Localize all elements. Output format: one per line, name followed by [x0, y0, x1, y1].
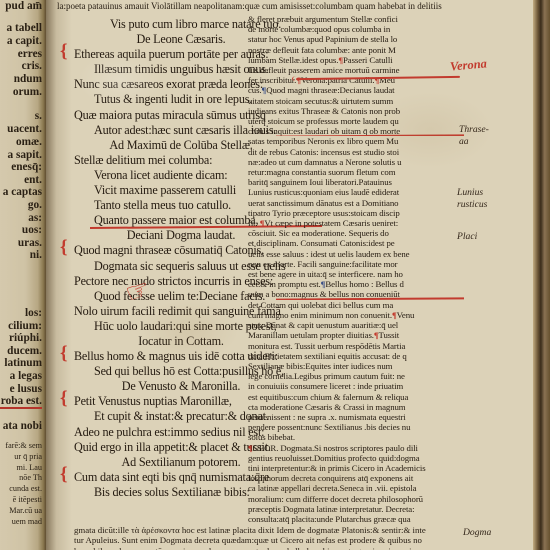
- commentary-line: tipatro Tyrio præceptore usus:stoicam di…: [248, 208, 464, 218]
- margin-note: Thrase-: [459, 125, 489, 135]
- commentary-line: uterq̄ stoicum se professus morte laudem…: [248, 116, 464, 126]
- commentary-line: uum a bono:magnus & bellus non conueniūt: [248, 289, 464, 299]
- blue-paragraph-mark: ¶: [262, 85, 267, 95]
- commentary-line: peruenissent : ne supra .x. numismata eq…: [248, 412, 464, 422]
- red-brace-mark: {: [60, 467, 67, 482]
- margin-note: Dogma: [463, 528, 491, 538]
- commentary-line: lus defleuit passerem amice mortuū carmi…: [248, 65, 464, 75]
- commentary-line: stus: Dānat & capit uenustum auaritiæ:q̄…: [248, 320, 464, 330]
- gutter-text-fragment: orum.: [0, 86, 42, 98]
- commentary-line: cet:& in promptu est.¶Bellus homo : Bell…: [248, 279, 464, 289]
- gutter-text-fragment: uacent.: [0, 123, 42, 135]
- commentary-line: Sextilianæ bibis:Equites inter iudices n…: [248, 361, 464, 371]
- commentary-line: uitatem stoicam secutus:& uirtutem summ: [248, 96, 464, 106]
- commentary-column: & fleret præbuit argumentum Stellæ confi…: [248, 14, 464, 524]
- red-paragraph-mark: ¶: [374, 330, 379, 340]
- red-brace-mark: {: [60, 240, 67, 255]
- gutter-text-fragment: ni.: [0, 249, 42, 261]
- gutter-text-fragment: as:: [0, 212, 42, 224]
- commentary-line: retur:magna constantia suorum fletum com: [248, 167, 464, 177]
- red-paragraph-mark: ¶: [338, 55, 343, 65]
- commentary-bottom-line: gmata dicūt:ille τὰ ἀρέσκοντα hoc est la…: [74, 525, 484, 535]
- commentary-line: statur hoc Venus apud Papinium de stella…: [248, 34, 464, 44]
- gutter-text-fragment: ndum: [0, 73, 42, 85]
- gutter-text-fragment: los:: [0, 307, 42, 319]
- gutter-text-fragment: a tabell: [0, 22, 42, 34]
- gutter-text-fragment: uem mad: [0, 516, 42, 528]
- gutter-text-fragment: erres: [0, 48, 42, 60]
- commentary-line: uerat sanctissimum dānatus est a Domitia…: [248, 198, 464, 208]
- commentary-line: Maranillam uetulam propter diuitias.¶Tus…: [248, 330, 464, 340]
- gutter-text-fragment: latinum: [0, 357, 42, 369]
- gutter-text-fragment: e lusus: [0, 383, 42, 395]
- gutter-text-fragment: cris.: [0, 60, 42, 72]
- book-scan: pud am̄a tabella capit.errescris.ndumoru…: [0, 0, 550, 550]
- red-paragraph-mark: ¶: [260, 218, 265, 228]
- red-paragraph-mark: ¶: [248, 443, 253, 453]
- commentary-line: dit de rebus Catonis: incensus est studi…: [248, 147, 464, 157]
- commentary-line: solus bibebat.: [248, 432, 464, 442]
- commentary-line: tini interpretentur:& in primis Cicero i…: [248, 463, 464, 473]
- red-paragraph-mark: ¶: [392, 310, 397, 320]
- commentary-line: gentius reuoluisset.Domitius profecto qu…: [248, 453, 464, 463]
- gutter-text-fragment: ata nobi: [0, 420, 42, 432]
- facing-page-gutter: pud am̄a tabella capit.errescris.ndumoru…: [0, 0, 46, 550]
- commentary-line: et disciplinam. Consumati Catonis:idest …: [248, 238, 464, 248]
- commentary-line: lumbam Stellæ.idest opus.¶Passeri Catull…: [248, 55, 464, 65]
- commentary-top-line: la:poeta patauinus amauit Violātillam ne…: [57, 1, 495, 12]
- commentary-line: non ex morte. Facili sanguine:facilitate…: [248, 259, 464, 269]
- commentary-line: data:Ebrietatem sextiliani equitis accus…: [248, 351, 464, 361]
- commentary-line: & fleret præbuit argumentum Stellæ confi…: [248, 14, 464, 24]
- commentary-line: næ:adeo ut cum damnatus a Nerone solutis…: [248, 157, 464, 167]
- gutter-text-fragment: uras.: [0, 237, 42, 249]
- commentary-line: det Cottam qui uolebat dici bellus cum m…: [248, 300, 464, 310]
- gutter-text-fragment: uos:: [0, 224, 42, 236]
- gutter-text-fragment: a legas: [0, 370, 42, 382]
- gutter-text-fragment: a capit.: [0, 35, 42, 47]
- commentary-line: satas temporibus Neronis ex libro quem M…: [248, 136, 464, 146]
- gutter-text-fragment: omæ.: [0, 136, 42, 148]
- commentary-line: iudicans exitus Thraseæ & Catonis non pr…: [248, 106, 464, 116]
- margin-note: aa: [459, 137, 469, 147]
- commentary-line: cum magno enim minimum non conuenit.¶Ven…: [248, 310, 464, 320]
- red-brace-mark: {: [60, 44, 67, 59]
- margin-note: Verona: [450, 58, 488, 71]
- commentary-line: Lunius rusticus:quoniam eius laudē edide…: [248, 187, 464, 197]
- gutter-text-fragment: a captas: [0, 186, 42, 198]
- blue-paragraph-mark: ¶: [321, 279, 326, 289]
- margin-note: Placi: [457, 232, 477, 242]
- commentary-line: uelis esse saluus : idest ut uelis laude…: [248, 249, 464, 259]
- commentary-line: cus.¶Quod magni thraseæ:Decianus laudat: [248, 85, 464, 95]
- gutter-text-fragment: ent.: [0, 174, 42, 186]
- commentary-line: in conuiuiis consumere liceret : inde pr…: [248, 381, 464, 391]
- commentary-bottom-block: gmata dicūt:ille τὰ ἀρέσκοντα hoc est la…: [74, 525, 484, 550]
- red-brace-mark: {: [60, 346, 67, 361]
- commentary-line: ca latinæ appellari decreta.Seneca in .v…: [248, 483, 464, 493]
- gutter-text-fragment: cilium:: [0, 320, 42, 332]
- gutter-text-fragment: s.: [0, 110, 42, 122]
- commentary-line: est equitibus:cum chium & falernum & rel…: [248, 392, 464, 402]
- page-edge: [533, 0, 550, 550]
- gutter-text-fragment: enesq̄:: [0, 161, 42, 173]
- commentary-line: chrius inquit:est laudari ob uitam q̄ ob…: [248, 126, 464, 136]
- commentary-line: fit. ¶Vt cæpe in potestatem Cæsaris ueni…: [248, 218, 464, 228]
- commentary-line: cōsciuit. Sic ea moderatione. Sequeris d…: [248, 228, 464, 238]
- gutter-fold-shadow: [46, 0, 72, 550]
- commentary-bottom-line: huc philosophorum sectā nec uim nec locu…: [74, 546, 484, 550]
- commentary-line: ¶GEOR. Dogmata.Si nostros scriptores pau…: [248, 443, 464, 453]
- gutter-text-fragment: a sapit.: [0, 149, 42, 161]
- commentary-line: nostræ defleuit fata columbæ: ante ponit…: [248, 45, 464, 55]
- commentary-line: de morte columbæ:quod opus columba in: [248, 24, 464, 34]
- commentary-line: pendere possent:nunc Sextilianus .bis de…: [248, 422, 464, 432]
- gutter-text-fragment: ducem.: [0, 345, 42, 357]
- gutter-text-fragment: pud am̄: [0, 0, 42, 12]
- gutter-text-fragment: riúphi.: [0, 332, 42, 344]
- commentary-line: baritq̄ sanguinem Ioui liberatori.Pataui…: [248, 177, 464, 187]
- commentary-line: lege cornelia.Legibus primum cautum fuit…: [248, 371, 464, 381]
- gutter-text-fragment: roba est.: [0, 395, 42, 409]
- commentary-line: losophorum decreta conquirens atq̄ expon…: [248, 473, 464, 483]
- red-brace-mark: {: [60, 391, 67, 406]
- commentary-line: præceptis Dogmata latinæ interpretatur. …: [248, 504, 464, 514]
- commentary-line: cta moderatione Cæsaris & Crassi in magn…: [248, 402, 464, 412]
- margin-note: rusticus: [457, 200, 487, 210]
- margin-note: Lunius: [457, 188, 483, 198]
- commentary-bottom-line: tur Apuleius. Sunt enim Dogmata decreta …: [74, 535, 484, 545]
- commentary-line: consulta:atq̄ placita:unde Plutarchus gr…: [248, 514, 464, 524]
- commentary-line: est bene agere in uita:q̄ se interficere…: [248, 269, 464, 279]
- commentary-line: monitura est. Tussit uerbum respōdētis M…: [248, 341, 464, 351]
- gutter-text-fragment: go.: [0, 199, 42, 211]
- commentary-line: moralium: cum differre docet decreta phi…: [248, 494, 464, 504]
